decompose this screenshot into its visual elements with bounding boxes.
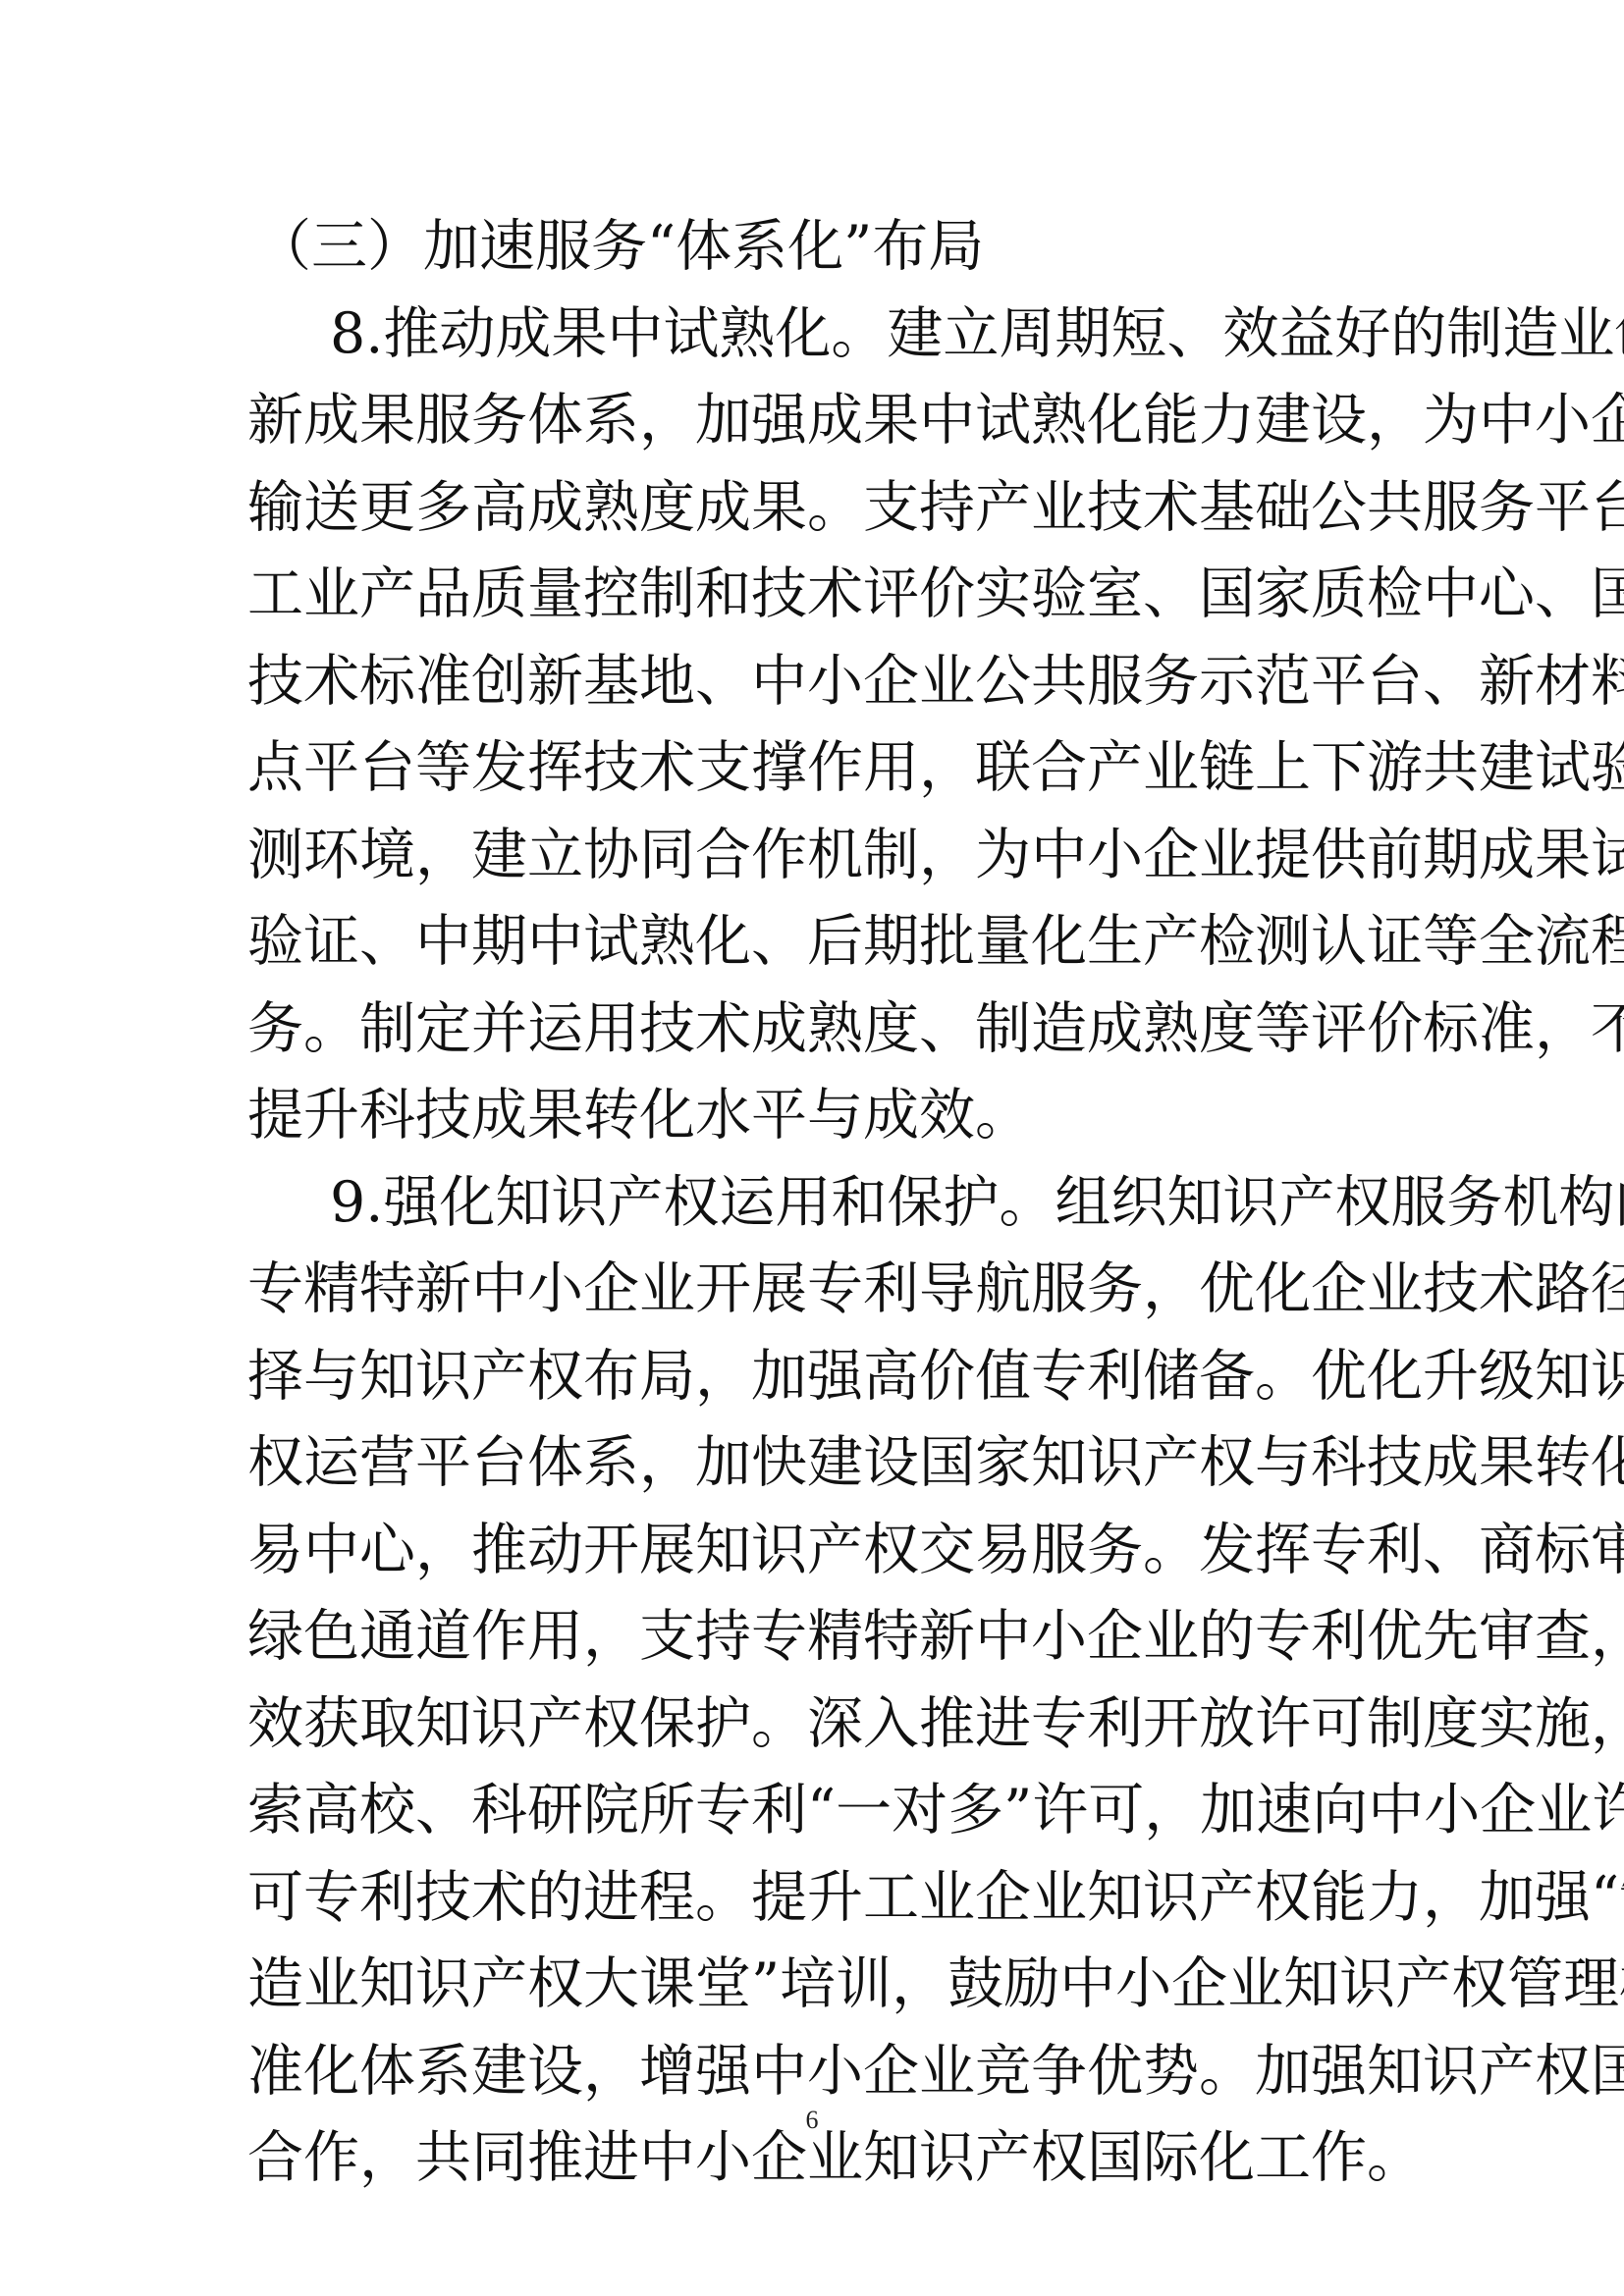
paragraph-9-line: 权运营平台体系，加快建设国家知识产权与科技成果转化交: [247, 1419, 1377, 1507]
paragraph-9-line: 可专利技术的进程。提升工业企业知识产权能力，加强“制: [247, 1854, 1377, 1942]
paragraph-8-line: 务。制定并运用技术成熟度、制造成熟度等评价标准，不断: [247, 986, 1377, 1073]
paragraph-8-line: 工业产品质量控制和技术评价实验室、国家质检中心、国家: [247, 551, 1377, 638]
document-page: （三）加速服务“体系化”布局 8.推动成果中试熟化。建立周期短、效益好的制造业创…: [0, 0, 1624, 2296]
paragraph-8-line: 测环境，建立协同合作机制，为中小企业提供前期成果试验: [247, 812, 1377, 899]
paragraph-9-line: 索高校、科研院所专利“一对多”许可，加速向中小企业许: [247, 1767, 1377, 1854]
paragraph-8-line: 8.推动成果中试熟化。建立周期短、效益好的制造业创: [247, 291, 1377, 378]
paragraph-9-line: 9.强化知识产权运用和保护。组织知识产权服务机构向: [247, 1159, 1377, 1247]
paragraph-8-line: 输送更多高成熟度成果。支持产业技术基础公共服务平台、: [247, 464, 1377, 552]
paragraph-8-line: 技术标准创新基地、中小企业公共服务示范平台、新材料重: [247, 638, 1377, 725]
body-text: （三）加速服务“体系化”布局 8.推动成果中试熟化。建立周期短、效益好的制造业创…: [247, 203, 1377, 2202]
page-number: 6: [0, 2101, 1624, 2140]
paragraph-8-line: 新成果服务体系，加强成果中试熟化能力建设，为中小企业: [247, 377, 1377, 464]
paragraph-8-line: 提升科技成果转化水平与成效。: [247, 1072, 1377, 1159]
paragraph-8-line: 点平台等发挥技术支撑作用，联合产业链上下游共建试验检: [247, 724, 1377, 812]
paragraph-8-line: 验证、中期中试熟化、后期批量化生产检测认证等全流程服: [247, 898, 1377, 986]
paragraph-9-line: 效获取知识产权保护。深入推进专利开放许可制度实施，探: [247, 1681, 1377, 1768]
paragraph-9-line: 造业知识产权大课堂”培训，鼓励中小企业知识产权管理标: [247, 1941, 1377, 2028]
paragraph-9-line: 绿色通道作用，支持专精特新中小企业的专利优先审查，高: [247, 1593, 1377, 1681]
section-heading: （三）加速服务“体系化”布局: [247, 203, 1377, 291]
paragraph-9-line: 择与知识产权布局，加强高价值专利储备。优化升级知识产: [247, 1333, 1377, 1420]
paragraph-9-line: 专精特新中小企业开展专利导航服务，优化企业技术路径选: [247, 1246, 1377, 1333]
paragraph-9-line: 易中心，推动开展知识产权交易服务。发挥专利、商标审查: [247, 1507, 1377, 1594]
